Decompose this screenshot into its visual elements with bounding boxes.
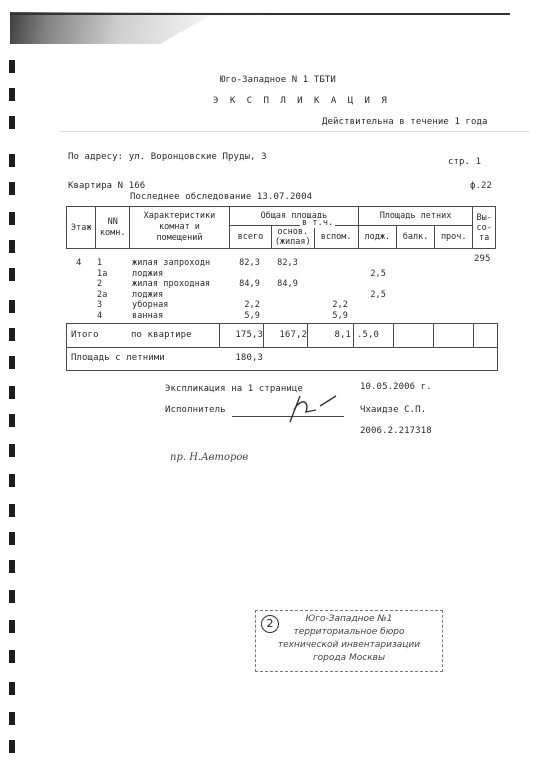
- bti-stamp: 2 Юго-Западное №1 территориальное бюро т…: [255, 610, 443, 672]
- stamp-number: 2: [261, 615, 279, 633]
- main-l2: (жилая): [272, 237, 314, 247]
- room-name: жилая проходная: [132, 279, 210, 289]
- incl-label: в т.ч.: [300, 218, 335, 228]
- col-loggia: лодж.: [358, 226, 396, 249]
- totals-loggia: .5,0: [357, 330, 379, 340]
- col-total-area: Общая площадь: [229, 207, 358, 226]
- room-no: 1а: [97, 269, 107, 279]
- main-l1: основ.: [272, 227, 314, 237]
- col-summer-area: Площадь летних: [358, 207, 473, 226]
- col-other: проч.: [435, 226, 473, 249]
- scan-edge-line: [10, 13, 510, 15]
- room-name: ванная: [132, 311, 163, 321]
- room-no: 1: [97, 258, 102, 268]
- form-number: ф.22: [470, 181, 492, 191]
- with-summer-value: 180,3: [219, 353, 263, 363]
- validity-note: Действительна в течение 1 года: [322, 117, 488, 127]
- room-no: 2: [97, 279, 102, 289]
- room-total: 82,3: [218, 258, 260, 268]
- executor-label: Исполнитель: [165, 405, 226, 415]
- room-name: лоджия: [132, 290, 163, 300]
- height-l2: со-: [473, 223, 495, 233]
- totals-label-2: по квартире: [131, 330, 192, 340]
- floor-value: 4: [76, 258, 82, 268]
- room-aux: 5,9: [306, 311, 348, 321]
- room-name: жилая запроходн: [132, 258, 210, 268]
- signature-icon: [270, 392, 340, 428]
- issue-date: 10.05.2006 г.: [360, 382, 432, 392]
- document-title: Э К С П Л И К А Ц И Я: [213, 96, 390, 106]
- org-name: Юго-Западное N 1 ТБТИ: [220, 75, 336, 85]
- room-main: 84,9: [258, 279, 298, 289]
- col-room-no: NN комн.: [96, 207, 130, 249]
- address-label: По адресу: ул. Воронцовские Пруды, 3: [68, 152, 267, 162]
- col-room-no-label: NN комн.: [100, 217, 126, 238]
- apartment-number: Квартира N 166: [68, 181, 145, 191]
- stamp-line-2: территориальное бюро: [256, 626, 442, 639]
- room-name: лоджия: [132, 269, 163, 279]
- room-main: 82,3: [258, 258, 298, 268]
- stamp-line-1: Юго-Западное №1: [256, 613, 442, 626]
- room-loggia: 2,5: [352, 290, 386, 300]
- room-total: 2,2: [218, 300, 260, 310]
- room-loggia: 2,5: [352, 269, 386, 279]
- totals-block: Итого по квартире 175,3 167,2 8,1 .5,0 П…: [66, 323, 498, 371]
- explication-table-header: Этаж NN комн. Характеристики комнат и по…: [66, 206, 496, 249]
- col-balcony: балк.: [396, 226, 434, 249]
- totals-label: Итого: [71, 330, 99, 340]
- executor-name: Чхаидзе С.П.: [360, 405, 426, 415]
- room-aux: 2,2: [306, 300, 348, 310]
- handwritten-note: пр. Н.Авторов: [170, 452, 248, 463]
- stamp-line-3: технической инвентаризации: [256, 639, 442, 652]
- totals-all: 175,3: [219, 330, 263, 340]
- stamp-line-4: города Москвы: [256, 652, 442, 665]
- page-number: стр. 1: [448, 157, 481, 167]
- col-characteristics: Характеристики комнат и помещений: [129, 207, 229, 249]
- col-all: всего: [229, 226, 271, 249]
- col-main: основ. (жилая): [271, 226, 314, 249]
- scan-shadow: [10, 12, 510, 44]
- room-no: 3: [97, 300, 102, 310]
- room-no: 2а: [97, 290, 107, 300]
- totals-aux: 8,1: [307, 330, 351, 340]
- with-summer-label: Площадь с летними: [71, 353, 165, 363]
- col-floor: Этаж: [67, 207, 96, 249]
- room-total: 5,9: [218, 311, 260, 321]
- room-total: 84,9: [218, 279, 260, 289]
- height-l1: Вы-: [473, 213, 495, 223]
- height-l3: та: [473, 233, 495, 243]
- room-no: 4: [97, 311, 102, 321]
- doc-number: 2006.2.217318: [360, 426, 432, 436]
- room-name: уборная: [132, 300, 169, 310]
- col-aux: вспом.: [314, 226, 358, 249]
- totals-main: 167,2: [263, 330, 307, 340]
- last-survey: Последнее обследование 13.07.2004: [130, 192, 312, 202]
- height-value: 295: [474, 254, 491, 264]
- divider: [60, 131, 530, 132]
- col-height: Вы- со- та: [473, 207, 496, 249]
